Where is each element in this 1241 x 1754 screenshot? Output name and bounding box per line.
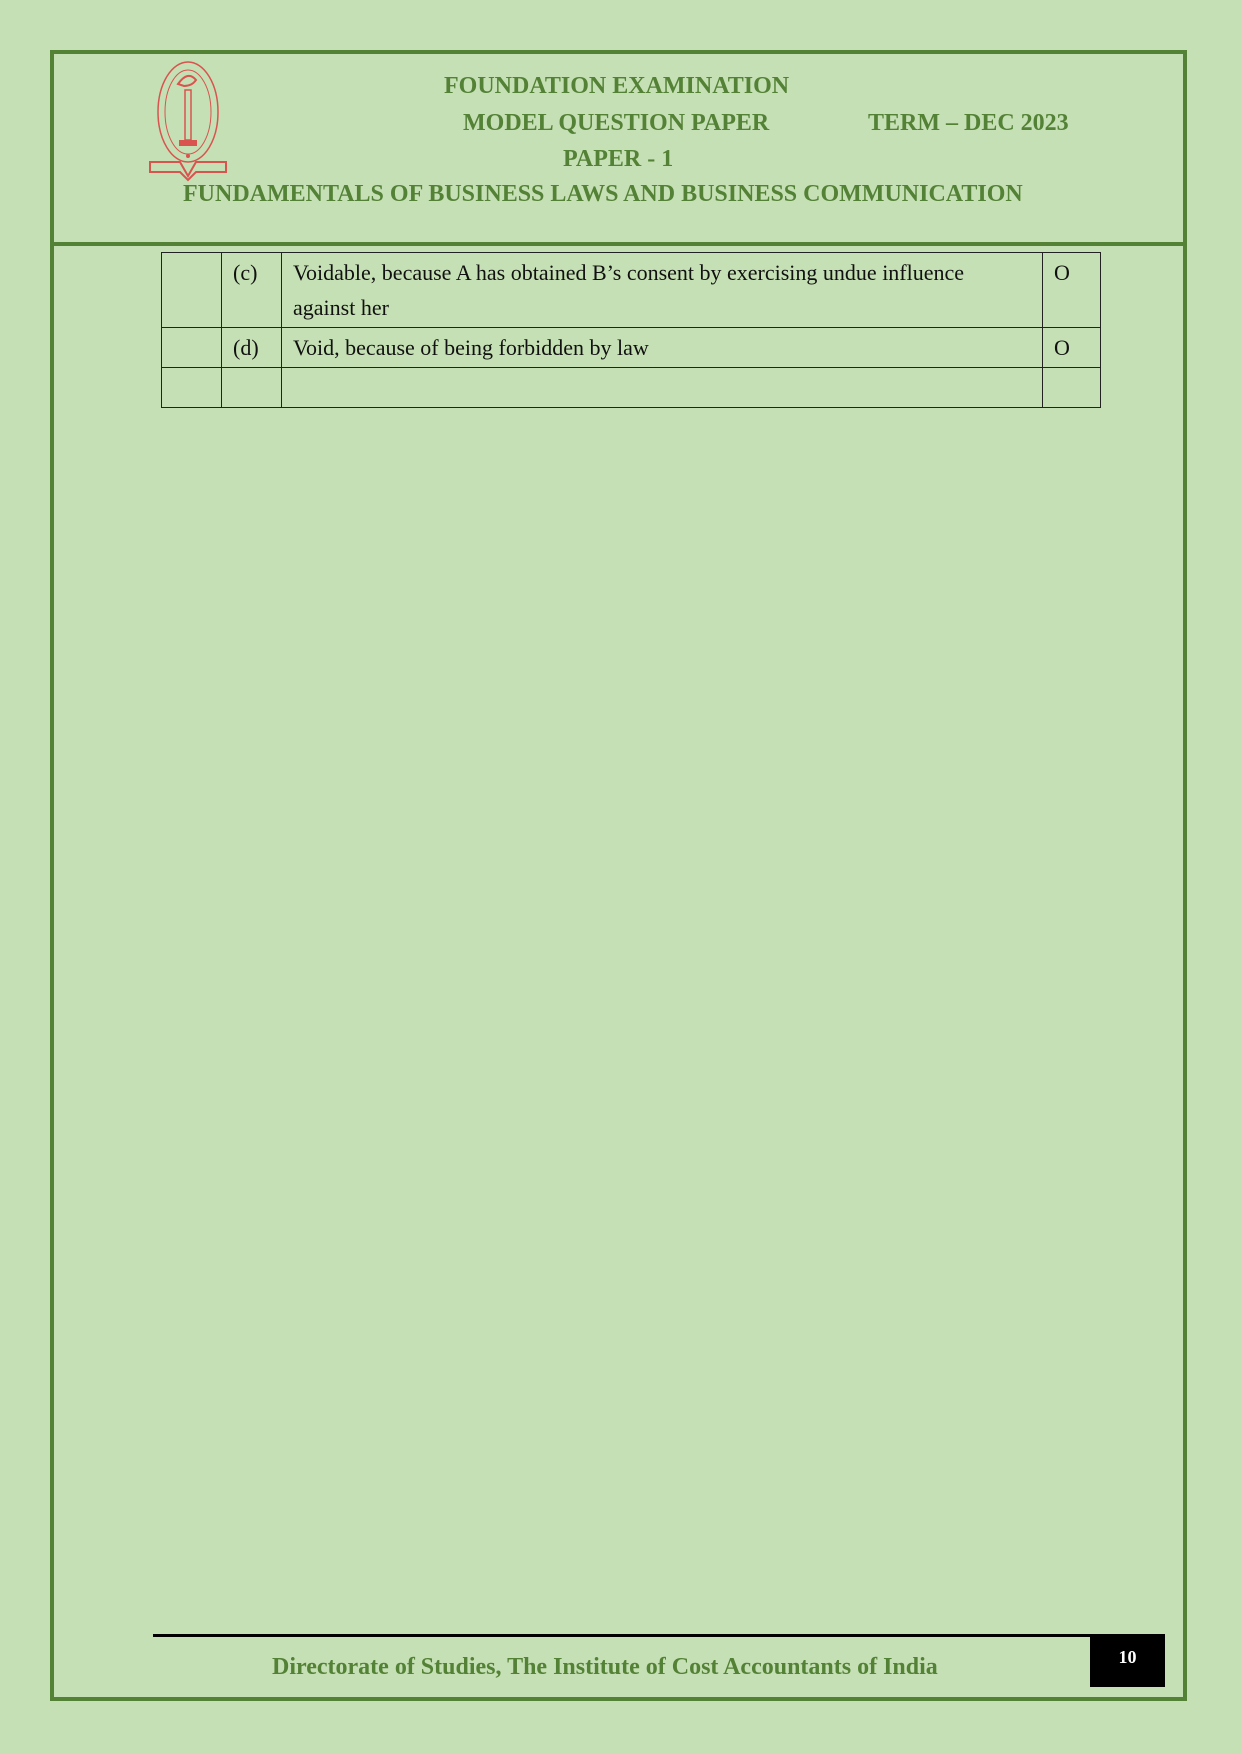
- option-mark: [1043, 368, 1101, 408]
- header-divider: [50, 242, 1187, 246]
- paper-type: MODEL QUESTION PAPER: [463, 110, 769, 137]
- option-row: [162, 368, 1101, 408]
- exam-title: FOUNDATION EXAMINATION: [444, 73, 789, 100]
- option-text: [282, 368, 1043, 408]
- footer-divider: [153, 1634, 1090, 1637]
- option-row: (c) Voidable, because A has obtained B’s…: [162, 253, 1101, 328]
- question-number-cell: [162, 328, 222, 368]
- question-number-cell: [162, 253, 222, 328]
- option-label: [222, 368, 282, 408]
- exam-term: TERM – DEC 2023: [868, 110, 1069, 137]
- option-text: Voidable, because A has obtained B’s con…: [282, 253, 1043, 328]
- option-mark: O: [1043, 253, 1101, 328]
- answer-options-table: (c) Voidable, because A has obtained B’s…: [161, 252, 1101, 408]
- subject-title: FUNDAMENTALS OF BUSINESS LAWS AND BUSINE…: [183, 181, 1023, 208]
- footer-text: Directorate of Studies, The Institute of…: [272, 1654, 938, 1681]
- question-number-cell: [162, 368, 222, 408]
- option-row: (d) Void, because of being forbidden by …: [162, 328, 1101, 368]
- option-label: (c): [222, 253, 282, 328]
- institute-logo-icon: [148, 56, 228, 184]
- option-text: Void, because of being forbidden by law: [282, 328, 1043, 368]
- option-label: (d): [222, 328, 282, 368]
- paper-number: PAPER - 1: [563, 146, 673, 173]
- option-mark: O: [1043, 328, 1101, 368]
- page-number: 10: [1090, 1634, 1165, 1687]
